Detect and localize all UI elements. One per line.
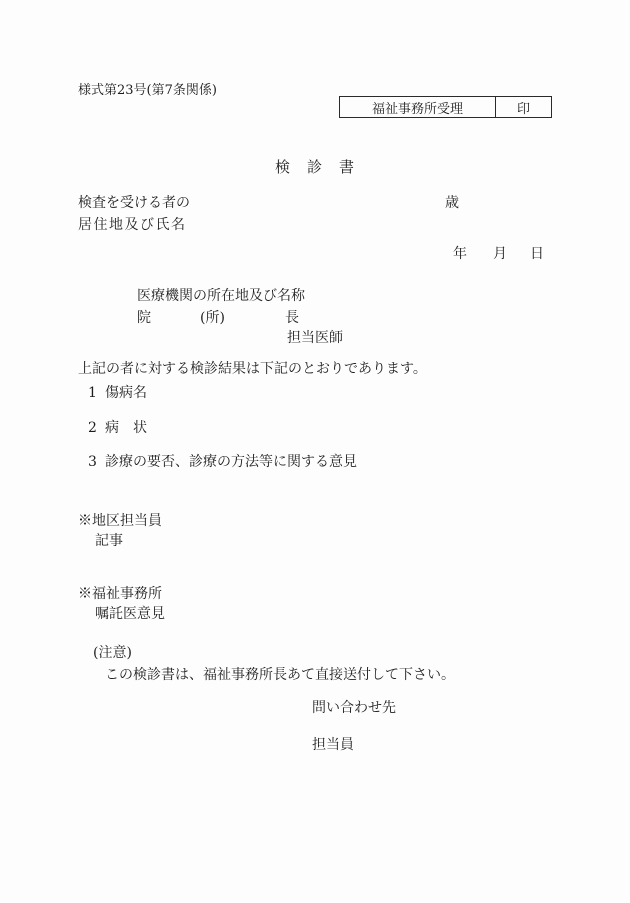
- medical-institution-label: 医療機関の所在地及び名称: [137, 288, 305, 305]
- examinee-age-suffix: 歳: [445, 195, 459, 212]
- examinee-label-line1: 検査を受ける者の: [78, 195, 190, 212]
- institution-head-sho: (所): [200, 310, 225, 327]
- result-item-3-label: 診療の要否、診療の方法等に関する意見: [105, 454, 357, 471]
- notice-body: この検診書は、福祉事務所長あて直接送付して下さい。: [105, 667, 455, 684]
- date-month-label: 月: [493, 246, 507, 263]
- inquiry-contact-label: 問い合わせ先: [312, 700, 396, 717]
- result-item-2-number: 2: [88, 420, 97, 437]
- receipt-stamp-box: 福祉事務所受理 印: [339, 96, 552, 118]
- result-intro: 上記の者に対する検診結果は下記のとおりであります。: [78, 361, 427, 378]
- district-staff-notes-label: 記事: [95, 533, 123, 550]
- result-item-2-label: 病 状: [105, 420, 147, 437]
- date-day-label: 日: [530, 246, 544, 263]
- receipt-box-label: 福祉事務所受理: [340, 97, 495, 117]
- form-number: 様式第23号(第7条関係): [78, 83, 217, 99]
- examinee-label-line2: 居住地及び氏名: [78, 217, 187, 234]
- doctor-in-charge-label: 担当医師: [287, 330, 343, 347]
- commissioned-doctor-opinion-label: 嘱託医意見: [95, 606, 165, 623]
- date-year-label: 年: [453, 246, 467, 263]
- receipt-box-stamp: 印: [495, 97, 551, 117]
- result-item-1-number: 1: [88, 385, 97, 402]
- district-staff-label: ※地区担当員: [78, 513, 162, 530]
- institution-head-cho: 長: [285, 310, 299, 327]
- document-page: 様式第23号(第7条関係) 福祉事務所受理 印 検 診 書 検査を受ける者の 歳…: [0, 0, 630, 903]
- result-item-1-label: 傷病名: [105, 385, 147, 402]
- institution-head-in: 院: [137, 310, 151, 327]
- notice-heading: (注意): [93, 645, 132, 662]
- welfare-office-label: ※福祉事務所: [78, 586, 162, 603]
- document-title: 検 診 書: [0, 156, 630, 177]
- result-item-3-number: 3: [88, 454, 97, 471]
- staff-in-charge-label: 担当員: [312, 737, 354, 754]
